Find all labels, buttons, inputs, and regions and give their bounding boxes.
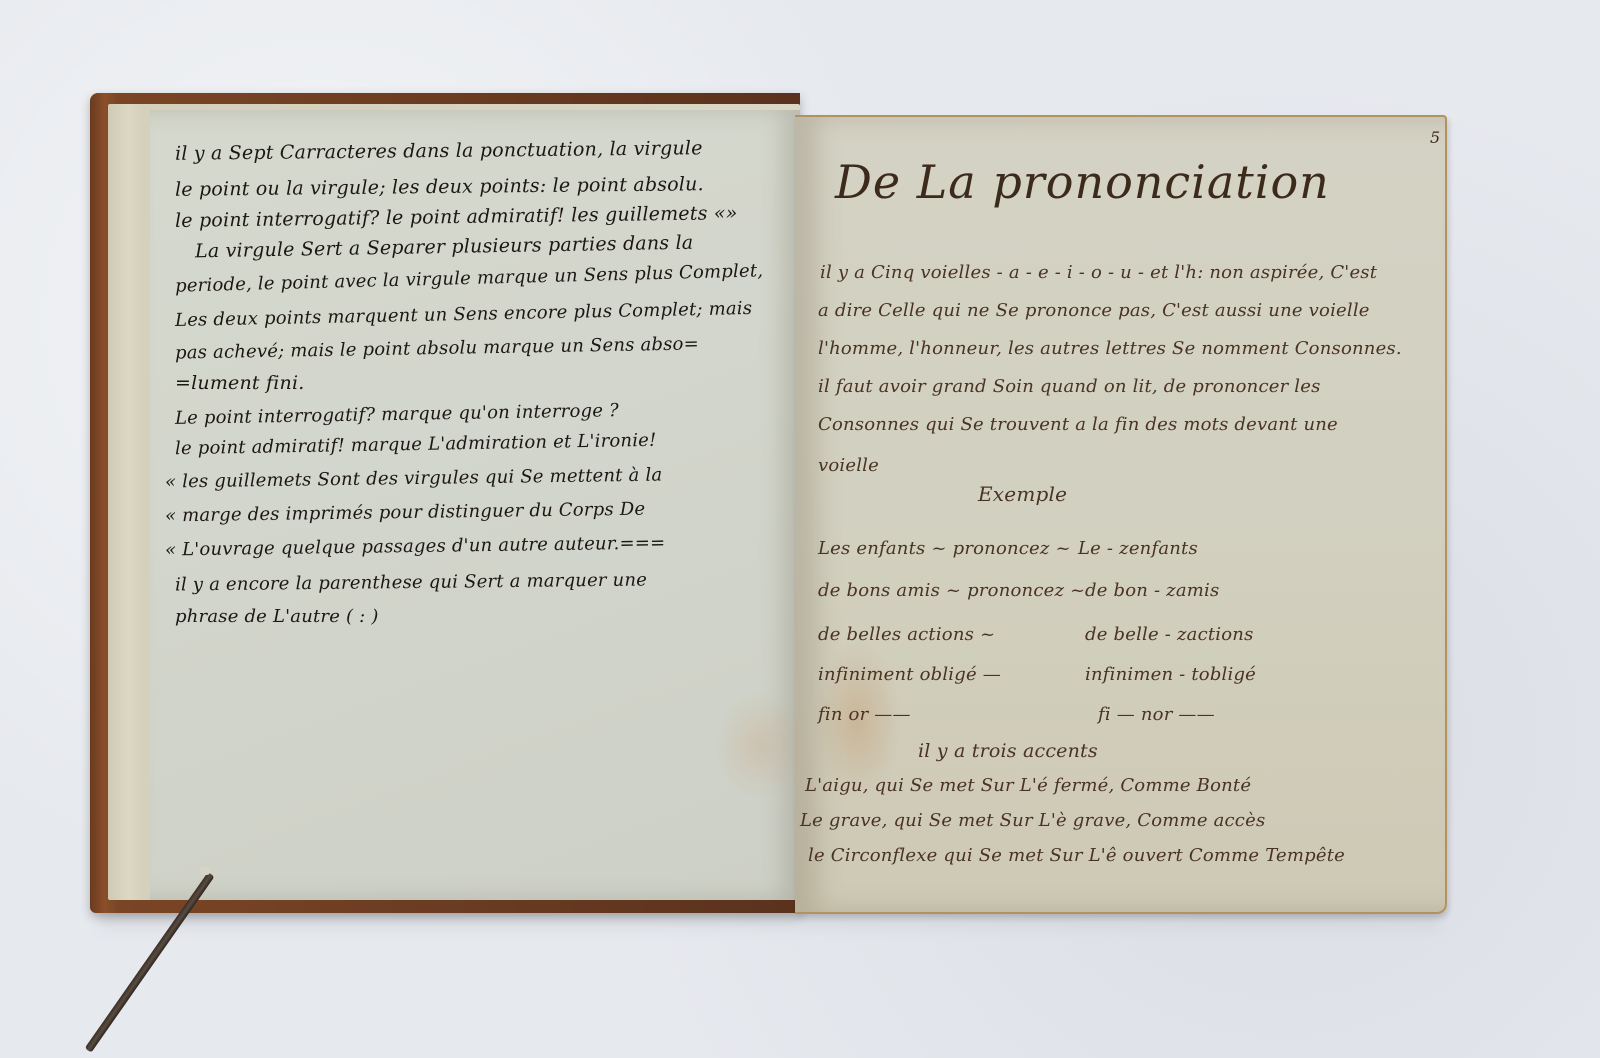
accent-line: le Circonflexe qui Se met Sur L'ê ouvert… xyxy=(808,845,1345,866)
text-line: =lument fini. xyxy=(175,372,304,394)
example-spoken: de bon - zamis xyxy=(1085,580,1219,601)
pointer-tip xyxy=(200,867,210,875)
open-notebook: il y a Sept Carracteres dans la ponctuat… xyxy=(0,0,1600,1058)
example-spoken: infinimen - tobligé xyxy=(1085,664,1256,685)
text-line: il faut avoir grand Soin quand on lit, d… xyxy=(818,376,1321,397)
offset-stain xyxy=(715,690,805,800)
text-line: phrase de L'autre ( : ) xyxy=(175,606,379,627)
example-written: de belles actions ~ xyxy=(818,624,995,645)
example-spoken: fi — nor —— xyxy=(1098,704,1215,725)
text-line: Consonnes qui Se trouvent a la fin des m… xyxy=(818,414,1338,435)
example-spoken: de belle - zactions xyxy=(1085,624,1254,645)
example-heading: Exemple xyxy=(978,482,1067,506)
accent-line: Le grave, qui Se met Sur L'è grave, Comm… xyxy=(800,810,1265,831)
text-line: il y a Cinq voielles - a - e - i - o - u… xyxy=(820,262,1377,283)
page-number: 5 xyxy=(1430,128,1440,147)
example-spoken: Le - zenfants xyxy=(1078,538,1198,559)
example-written: infiniment obligé — xyxy=(818,664,1001,685)
text-line: voielle xyxy=(818,455,879,476)
accent-line: L'aigu, qui Se met Sur L'é fermé, Comme … xyxy=(805,775,1251,796)
example-written: Les enfants ~ prononcez ~ xyxy=(818,538,1071,559)
example-written: fin or —— xyxy=(818,704,911,725)
example-written: de bons amis ~ prononcez ~ xyxy=(818,580,1085,601)
page-title: De La prononciation xyxy=(835,155,1330,209)
text-line: l'homme, l'honneur, les autres lettres S… xyxy=(818,338,1402,359)
text-line: a dire Celle qui ne Se prononce pas, C'e… xyxy=(818,300,1370,321)
accents-heading: il y a trois accents xyxy=(918,740,1098,762)
